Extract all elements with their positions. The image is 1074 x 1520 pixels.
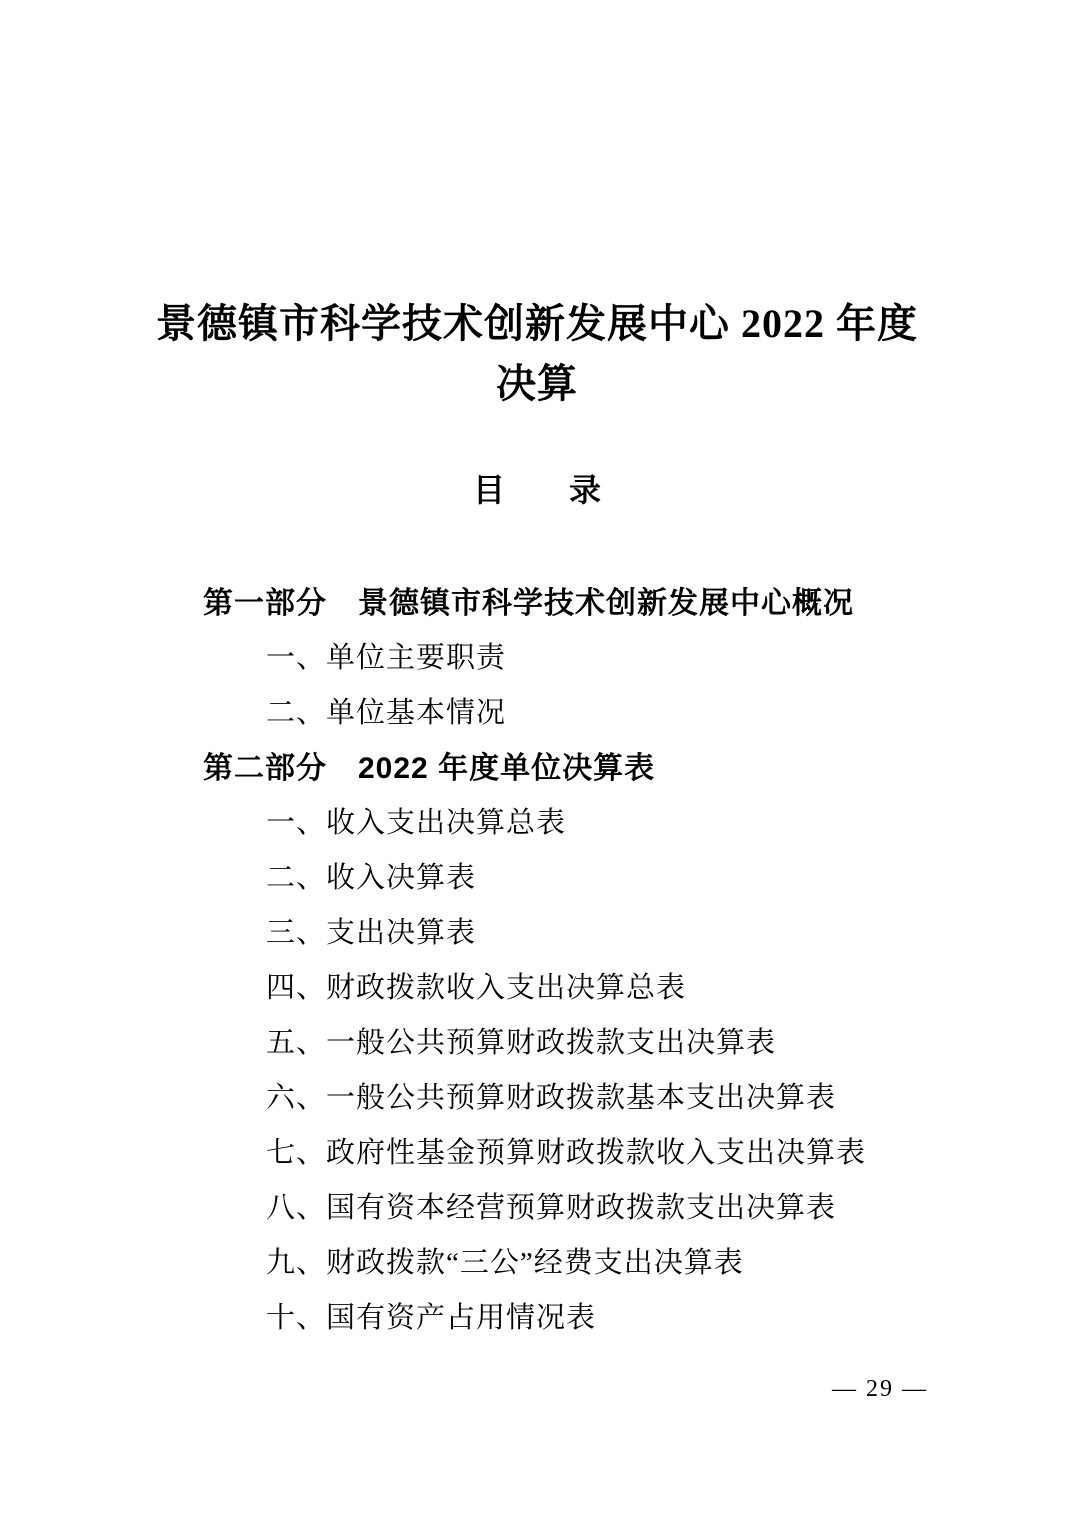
document-title-line2: 决算	[0, 354, 1074, 414]
toc-item-part2-9: 九、财政拨款“三公”经费支出决算表	[0, 1236, 1074, 1291]
toc-item-part2-1: 一、收入支出决算总表	[0, 796, 1074, 851]
toc-item-part2-8: 八、国有资本经营预算财政拨款支出决算表	[0, 1181, 1074, 1236]
toc-item-part2-6: 六、一般公共预算财政拨款基本支出决算表	[0, 1071, 1074, 1126]
toc-item-part2-3: 三、支出决算表	[0, 906, 1074, 961]
toc-section-1-heading: 第一部分 景德镇市科学技术创新发展中心概况	[0, 576, 1074, 631]
toc-item-part1-2: 二、单位基本情况	[0, 686, 1074, 741]
toc-heading: 目 录	[0, 468, 1074, 512]
toc-section-2-heading: 第二部分 2022 年度单位决算表	[0, 741, 1074, 796]
toc-item-part1-1: 一、单位主要职责	[0, 631, 1074, 686]
toc-item-part2-5: 五、一般公共预算财政拨款支出决算表	[0, 1016, 1074, 1071]
document-page: 景德镇市科学技术创新发展中心 2022 年度 决算 目 录 第一部分 景德镇市科…	[0, 0, 1074, 1520]
toc-item-part2-10: 十、国有资产占用情况表	[0, 1291, 1074, 1346]
document-title-line1: 景德镇市科学技术创新发展中心 2022 年度	[0, 294, 1074, 354]
toc-item-part2-4: 四、财政拨款收入支出决算总表	[0, 961, 1074, 1016]
toc-item-part2-2: 二、收入决算表	[0, 851, 1074, 906]
page-number: — 29 —	[832, 1376, 928, 1403]
table-of-contents: 第一部分 景德镇市科学技术创新发展中心概况 一、单位主要职责 二、单位基本情况 …	[0, 576, 1074, 1346]
toc-item-part2-7: 七、政府性基金预算财政拨款收入支出决算表	[0, 1126, 1074, 1181]
document-title: 景德镇市科学技术创新发展中心 2022 年度 决算	[0, 294, 1074, 414]
